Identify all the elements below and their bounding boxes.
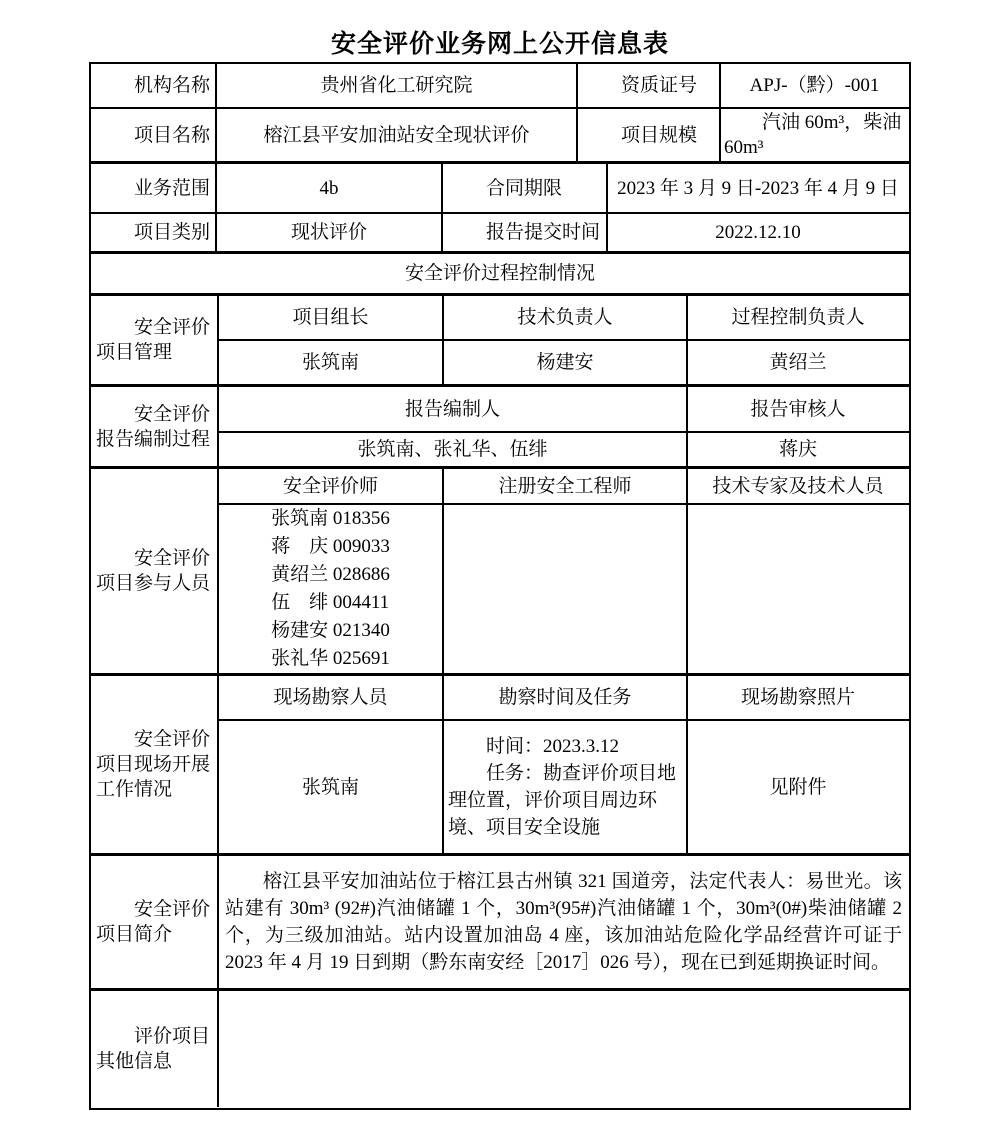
pm-value-tech-cell: 杨建安 — [444, 341, 688, 384]
contract-label: 合同期限 — [443, 176, 606, 201]
cert-no-label-cell: 资质证号 — [578, 64, 721, 107]
list-item: 蒋 庆 009033 — [271, 533, 390, 561]
section-report-compilation: 安全评价报告编制过程 报告编制人 报告审核人 张筑南、张礼华、伍绯 蒋庆 — [91, 387, 909, 469]
section-participants-label: 安全评价项目参与人员 — [91, 546, 217, 596]
rep-header-reviewer: 报告审核人 — [688, 397, 908, 422]
org-name-label: 机构名称 — [91, 73, 215, 98]
biz-scope-value: 4b — [217, 176, 441, 201]
site-value-row: 张筑南 时间：2023.3.12 任务：勘查评价项目地理位置，评价项目周边环境、… — [219, 721, 909, 853]
pm-header-tech-cell: 技术负责人 — [444, 296, 688, 339]
pm-header-leader-cell: 项目组长 — [219, 296, 444, 339]
pm-header-control: 过程控制负责人 — [688, 305, 908, 330]
site-surveyor-value: 张筑南 — [219, 775, 442, 800]
participants-value-row: 张筑南 018356 蒋 庆 009033 黄绍兰 028686 伍 绯 004… — [219, 505, 909, 673]
project-name-label: 项目名称 — [91, 123, 215, 148]
participants-header-engineer: 注册安全工程师 — [444, 474, 686, 499]
pm-value-leader-cell: 张筑南 — [219, 341, 444, 384]
category-value: 现状评价 — [217, 220, 441, 245]
project-intro-cell: 榕江县平安加油站位于榕江县古州镇 321 国道旁，法定代表人：易世光。该站建有 … — [219, 856, 908, 988]
pm-value-row: 张筑南 杨建安 黄绍兰 — [219, 341, 909, 384]
pm-header-row: 项目组长 技术负责人 过程控制负责人 — [219, 296, 909, 341]
rep-value-reviewer: 蒋庆 — [688, 437, 908, 462]
participants-header-expert: 技术专家及技术人员 — [688, 474, 908, 499]
site-task-cell: 时间：2023.3.12 任务：勘查评价项目地理位置，评价项目周边环境、项目安全… — [444, 721, 688, 853]
site-photo-value: 见附件 — [688, 775, 908, 800]
rep-value-compiler-cell: 张筑南、张礼华、伍绯 — [219, 433, 688, 466]
site-task-desc: 任务：勘查评价项目地理位置，评价项目周边环境、项目安全设施 — [444, 760, 686, 841]
site-header-task-cell: 勘察时间及任务 — [444, 676, 688, 719]
section-site-work: 安全评价项目现场开展工作情况 现场勘察人员 勘察时间及任务 现场勘察照片 张筑南… — [91, 676, 909, 856]
section-other-info: 评价项目其他信息 — [91, 991, 909, 1107]
list-item: 杨建安 021340 — [271, 617, 390, 645]
site-photo-cell: 见附件 — [688, 721, 908, 853]
contract-value: 2023 年 3 月 9 日-2023 年 4 月 9 日 — [608, 176, 908, 201]
expert-cell — [688, 505, 908, 673]
rep-value-reviewer-cell: 蒋庆 — [688, 433, 908, 466]
section-participants: 安全评价项目参与人员 安全评价师 注册安全工程师 技术专家及技术人员 张筑南 0… — [91, 469, 909, 676]
table-row-project: 项目名称 榕江县平安加油站安全现状评价 项目规模 汽油 60m³，柴油 60m³ — [91, 109, 909, 164]
org-name-label-cell: 机构名称 — [91, 64, 217, 107]
table-row-category: 项目类别 现状评价 报告提交时间 2022.12.10 — [91, 214, 909, 254]
section-project-management-label: 安全评价项目管理 — [91, 315, 217, 365]
biz-scope-label-cell: 业务范围 — [91, 164, 217, 212]
report-time-label: 报告提交时间 — [443, 220, 606, 245]
project-name-label-cell: 项目名称 — [91, 109, 217, 161]
site-header-task: 勘察时间及任务 — [444, 685, 686, 710]
project-scale-value-cell: 汽油 60m³，柴油 60m³ — [721, 109, 908, 161]
project-name-value: 榕江县平安加油站安全现状评价 — [217, 123, 576, 148]
site-header-surveyor: 现场勘察人员 — [219, 685, 442, 710]
registered-engineer-cell — [444, 505, 688, 673]
site-header-photo-cell: 现场勘察照片 — [688, 676, 908, 719]
rep-value-row: 张筑南、张礼华、伍绯 蒋庆 — [219, 433, 909, 466]
section-project-management-label-cell: 安全评价项目管理 — [91, 296, 219, 384]
rep-header-compiler: 报告编制人 — [219, 397, 686, 422]
section-participants-label-cell: 安全评价项目参与人员 — [91, 469, 219, 673]
site-header-photo: 现场勘察照片 — [688, 685, 908, 710]
section-project-intro-label: 安全评价项目简介 — [91, 897, 217, 947]
contract-value-cell: 2023 年 3 月 9 日-2023 年 4 月 9 日 — [608, 164, 908, 212]
site-task-time: 时间：2023.3.12 — [444, 733, 686, 760]
pm-value-control-cell: 黄绍兰 — [688, 341, 908, 384]
category-label-cell: 项目类别 — [91, 214, 217, 251]
report-time-value: 2022.12.10 — [608, 220, 908, 245]
category-value-cell: 现状评价 — [217, 214, 443, 251]
rep-header-reviewer-cell: 报告审核人 — [688, 387, 908, 431]
section-site-work-label: 安全评价项目现场开展工作情况 — [91, 727, 217, 802]
pm-value-leader: 张筑南 — [219, 350, 442, 375]
site-task-text: 时间：2023.3.12 任务：勘查评价项目地理位置，评价项目周边环境、项目安全… — [444, 733, 686, 841]
rep-header-row: 报告编制人 报告审核人 — [219, 387, 909, 433]
participants-header-engineer-cell: 注册安全工程师 — [444, 469, 688, 503]
pm-header-control-cell: 过程控制负责人 — [688, 296, 908, 339]
project-scale-value: 汽油 60m³，柴油 60m³ — [721, 110, 908, 160]
table-row-scope: 业务范围 4b 合同期限 2023 年 3 月 9 日-2023 年 4 月 9… — [91, 164, 909, 214]
project-intro-text-wrap: 榕江县平安加油站位于榕江县古州镇 321 国道旁，法定代表人：易世光。该站建有 … — [219, 868, 908, 976]
pm-value-tech: 杨建安 — [444, 350, 686, 375]
list-item: 伍 绯 004411 — [271, 589, 390, 617]
rep-value-compiler: 张筑南、张礼华、伍绯 — [219, 437, 686, 462]
org-name-value-cell: 贵州省化工研究院 — [217, 64, 578, 107]
section-site-work-label-cell: 安全评价项目现场开展工作情况 — [91, 676, 219, 853]
org-name-value: 贵州省化工研究院 — [217, 73, 576, 98]
info-table: 机构名称 贵州省化工研究院 资质证号 APJ-（黔）-001 项目名称 榕江县平… — [89, 62, 911, 1110]
site-surveyor-cell: 张筑南 — [219, 721, 444, 853]
list-item: 黄绍兰 028686 — [271, 561, 390, 589]
participants-header-evaluator: 安全评价师 — [219, 474, 442, 499]
page-title: 安全评价业务网上公开信息表 — [0, 24, 1000, 60]
project-intro-text: 榕江县平安加油站位于榕江县古州镇 321 国道旁，法定代表人：易世光。该站建有 … — [219, 868, 908, 976]
table-row-org: 机构名称 贵州省化工研究院 资质证号 APJ-（黔）-001 — [91, 64, 909, 109]
list-item: 张礼华 025691 — [271, 645, 390, 673]
list-item: 张筑南 018356 — [271, 505, 390, 533]
process-control-banner-text: 安全评价过程控制情况 — [405, 261, 595, 286]
contract-label-cell: 合同期限 — [443, 164, 608, 212]
cert-no-label: 资质证号 — [578, 73, 719, 98]
biz-scope-label: 业务范围 — [91, 176, 215, 201]
report-time-label-cell: 报告提交时间 — [443, 214, 608, 251]
project-scale-label: 项目规模 — [578, 123, 719, 148]
report-time-value-cell: 2022.12.10 — [608, 214, 908, 251]
cert-no-value-cell: APJ-（黔）-001 — [721, 64, 908, 107]
cert-no-value: APJ-（黔）-001 — [721, 73, 908, 98]
section-report-compilation-label-cell: 安全评价报告编制过程 — [91, 387, 219, 466]
process-control-banner: 安全评价过程控制情况 — [91, 254, 909, 296]
rep-header-compiler-cell: 报告编制人 — [219, 387, 688, 431]
pm-header-tech: 技术负责人 — [444, 305, 686, 330]
participants-header-expert-cell: 技术专家及技术人员 — [688, 469, 908, 503]
section-other-info-label: 评价项目其他信息 — [91, 1024, 217, 1074]
section-report-compilation-label: 安全评价报告编制过程 — [91, 402, 217, 452]
project-name-value-cell: 榕江县平安加油站安全现状评价 — [217, 109, 578, 161]
section-project-management: 安全评价项目管理 项目组长 技术负责人 过程控制负责人 张筑南 杨建安 黄绍兰 — [91, 296, 909, 387]
site-header-surveyor-cell: 现场勘察人员 — [219, 676, 444, 719]
pm-value-control: 黄绍兰 — [688, 350, 908, 375]
biz-scope-value-cell: 4b — [217, 164, 443, 212]
category-label: 项目类别 — [91, 220, 215, 245]
pm-header-leader: 项目组长 — [219, 305, 442, 330]
participants-header-row: 安全评价师 注册安全工程师 技术专家及技术人员 — [219, 469, 909, 505]
section-project-intro-label-cell: 安全评价项目简介 — [91, 856, 219, 988]
other-info-value-cell — [219, 991, 908, 1107]
document-page: 安全评价业务网上公开信息表 机构名称 贵州省化工研究院 资质证号 APJ-（黔）… — [0, 0, 1000, 1130]
section-other-info-label-cell: 评价项目其他信息 — [91, 991, 219, 1107]
project-scale-label-cell: 项目规模 — [578, 109, 721, 161]
evaluator-list: 张筑南 018356 蒋 庆 009033 黄绍兰 028686 伍 绯 004… — [271, 505, 390, 673]
participants-header-evaluator-cell: 安全评价师 — [219, 469, 444, 503]
section-project-intro: 安全评价项目简介 榕江县平安加油站位于榕江县古州镇 321 国道旁，法定代表人：… — [91, 856, 909, 991]
site-header-row: 现场勘察人员 勘察时间及任务 现场勘察照片 — [219, 676, 909, 721]
evaluator-list-cell: 张筑南 018356 蒋 庆 009033 黄绍兰 028686 伍 绯 004… — [219, 505, 444, 673]
